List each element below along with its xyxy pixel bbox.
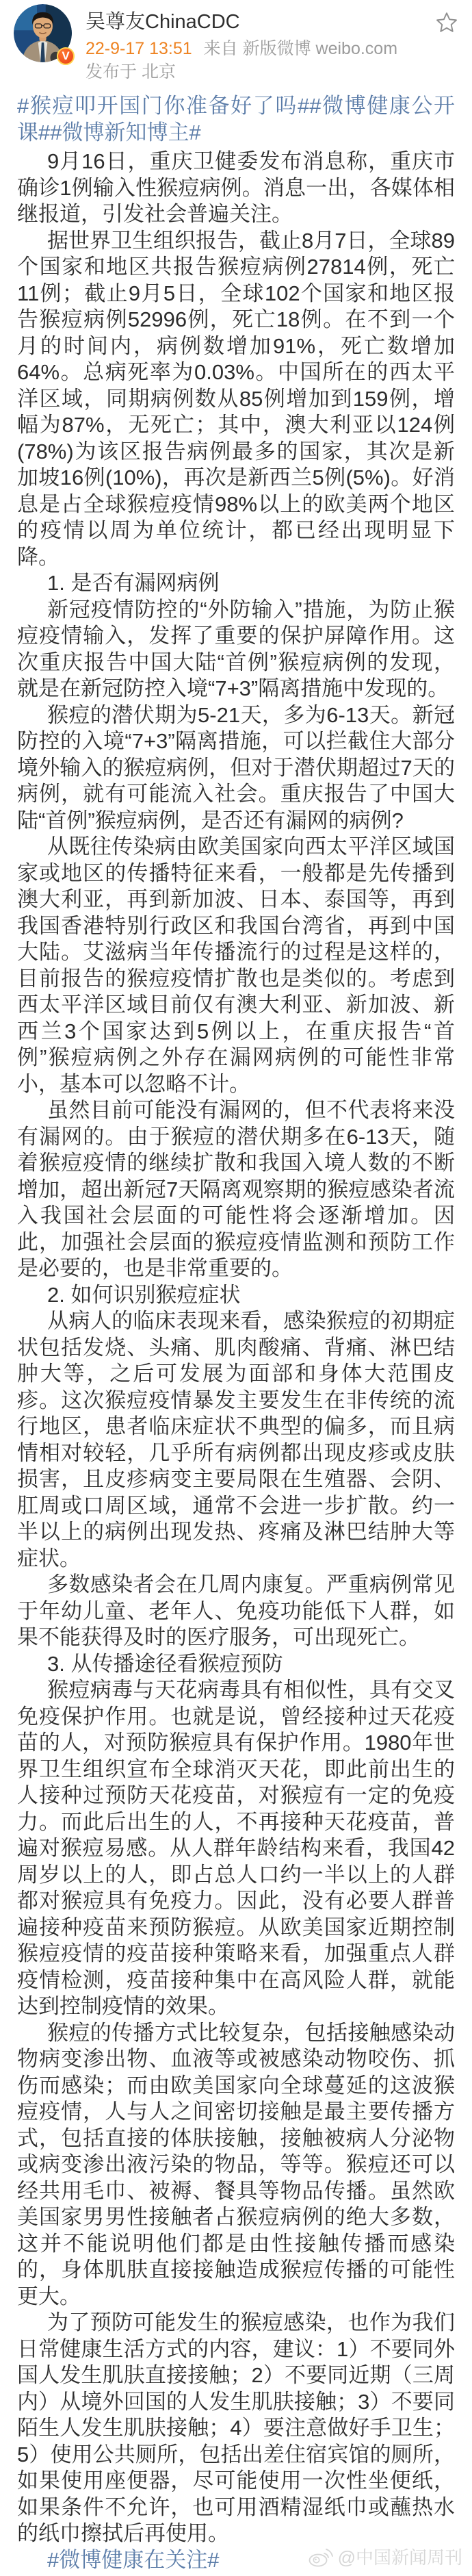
paragraph: 猴痘的传播方式比较复杂，包括接触感染动物病变渗出物、血液等或被感染动物咬伤、抓伤… bbox=[17, 2020, 455, 2310]
post-content: #猴痘叩开国门你准备好了吗##微博健康公开课##微博新知博主# 9月16日，重庆… bbox=[0, 93, 472, 2573]
paragraph: 为了预防可能发生的猴痘感染，也作为我们日常健康生活方式的内容，建议：1）不要同外… bbox=[17, 2310, 455, 2547]
paragraph: 从病人的临床表现来看，感染猴痘的初期症状包括发烧、头痛、肌肉酸痛、背痛、淋巴结肿… bbox=[17, 1308, 455, 1572]
post-meta: 22-9-17 13:51 来自 新版微博 weibo.com bbox=[86, 38, 472, 59]
paragraph: 猴痘的潜伏期为5-21天，多为6-13天。新冠防控的入境“7+3”隔离措施，可以… bbox=[17, 702, 455, 834]
post-source[interactable]: 来自 新版微博 weibo.com bbox=[204, 39, 397, 58]
section-heading-3: 3. 从传播途径看猴痘预防 bbox=[17, 1651, 455, 1678]
weibo-post-page: V 吴尊友ChinaCDC 22-9-17 13:51 来自 新版微博 weib… bbox=[0, 0, 472, 2573]
paragraph: 猴痘病毒与天花病毒具有相似性，具有交叉免疫保护作用。也就是说，曾经接种过天花疫苗… bbox=[17, 1677, 455, 2020]
author-block: 吴尊友ChinaCDC 22-9-17 13:51 来自 新版微博 weibo.… bbox=[86, 0, 472, 82]
avatar[interactable]: V bbox=[14, 4, 72, 62]
paragraph-who-report: 据世界卫生组织报告，截止8月7日，全球89个国家和地区共报告猴痘病例27814例… bbox=[17, 228, 455, 571]
paragraph: 虽然目前可能没有漏网的，但不代表将来没有漏网的。由于猴痘的潜伏期多在6-13天，… bbox=[17, 1097, 455, 1282]
post-timestamp: 22-9-17 13:51 bbox=[86, 39, 192, 58]
post-header: V 吴尊友ChinaCDC 22-9-17 13:51 来自 新版微博 weib… bbox=[0, 0, 472, 88]
favorite-star-icon[interactable] bbox=[435, 11, 458, 34]
top-hashtag-links[interactable]: #猴痘叩开国门你准备好了吗##微博健康公开课##微博新知博主# bbox=[17, 93, 455, 146]
paragraph: 多数感染者会在几周内康复。严重病例常见于年幼儿童、老年人、免疫功能低下人群，如果… bbox=[17, 1572, 455, 1651]
watermark: @中国新闻周刊 bbox=[308, 2544, 462, 2569]
weibo-logo-icon bbox=[308, 2545, 334, 2568]
paragraph-intro: 9月16日，重庆卫健委发布消息称，重庆市确诊1例输入性猴痘病例。消息一出，各媒体… bbox=[17, 149, 455, 228]
username[interactable]: 吴尊友ChinaCDC bbox=[86, 10, 472, 34]
section-heading-1: 1. 是否有漏网病例 bbox=[17, 570, 455, 597]
paragraph: 从既往传染病由欧美国家向西太平洋区域国家或地区的传播特征来看，一般都是先传播到澳… bbox=[17, 834, 455, 1097]
post-location: 发布于 北京 bbox=[86, 62, 472, 82]
verified-v-badge-icon: V bbox=[57, 47, 75, 65]
watermark-text: @中国新闻周刊 bbox=[338, 2544, 462, 2569]
paragraph: 新冠疫情防控的“外防输入”措施，为防止猴痘疫情输入，发挥了重要的保护屏障作用。这… bbox=[17, 597, 455, 702]
section-heading-2: 2. 如何识别猴痘症状 bbox=[17, 1282, 455, 1309]
